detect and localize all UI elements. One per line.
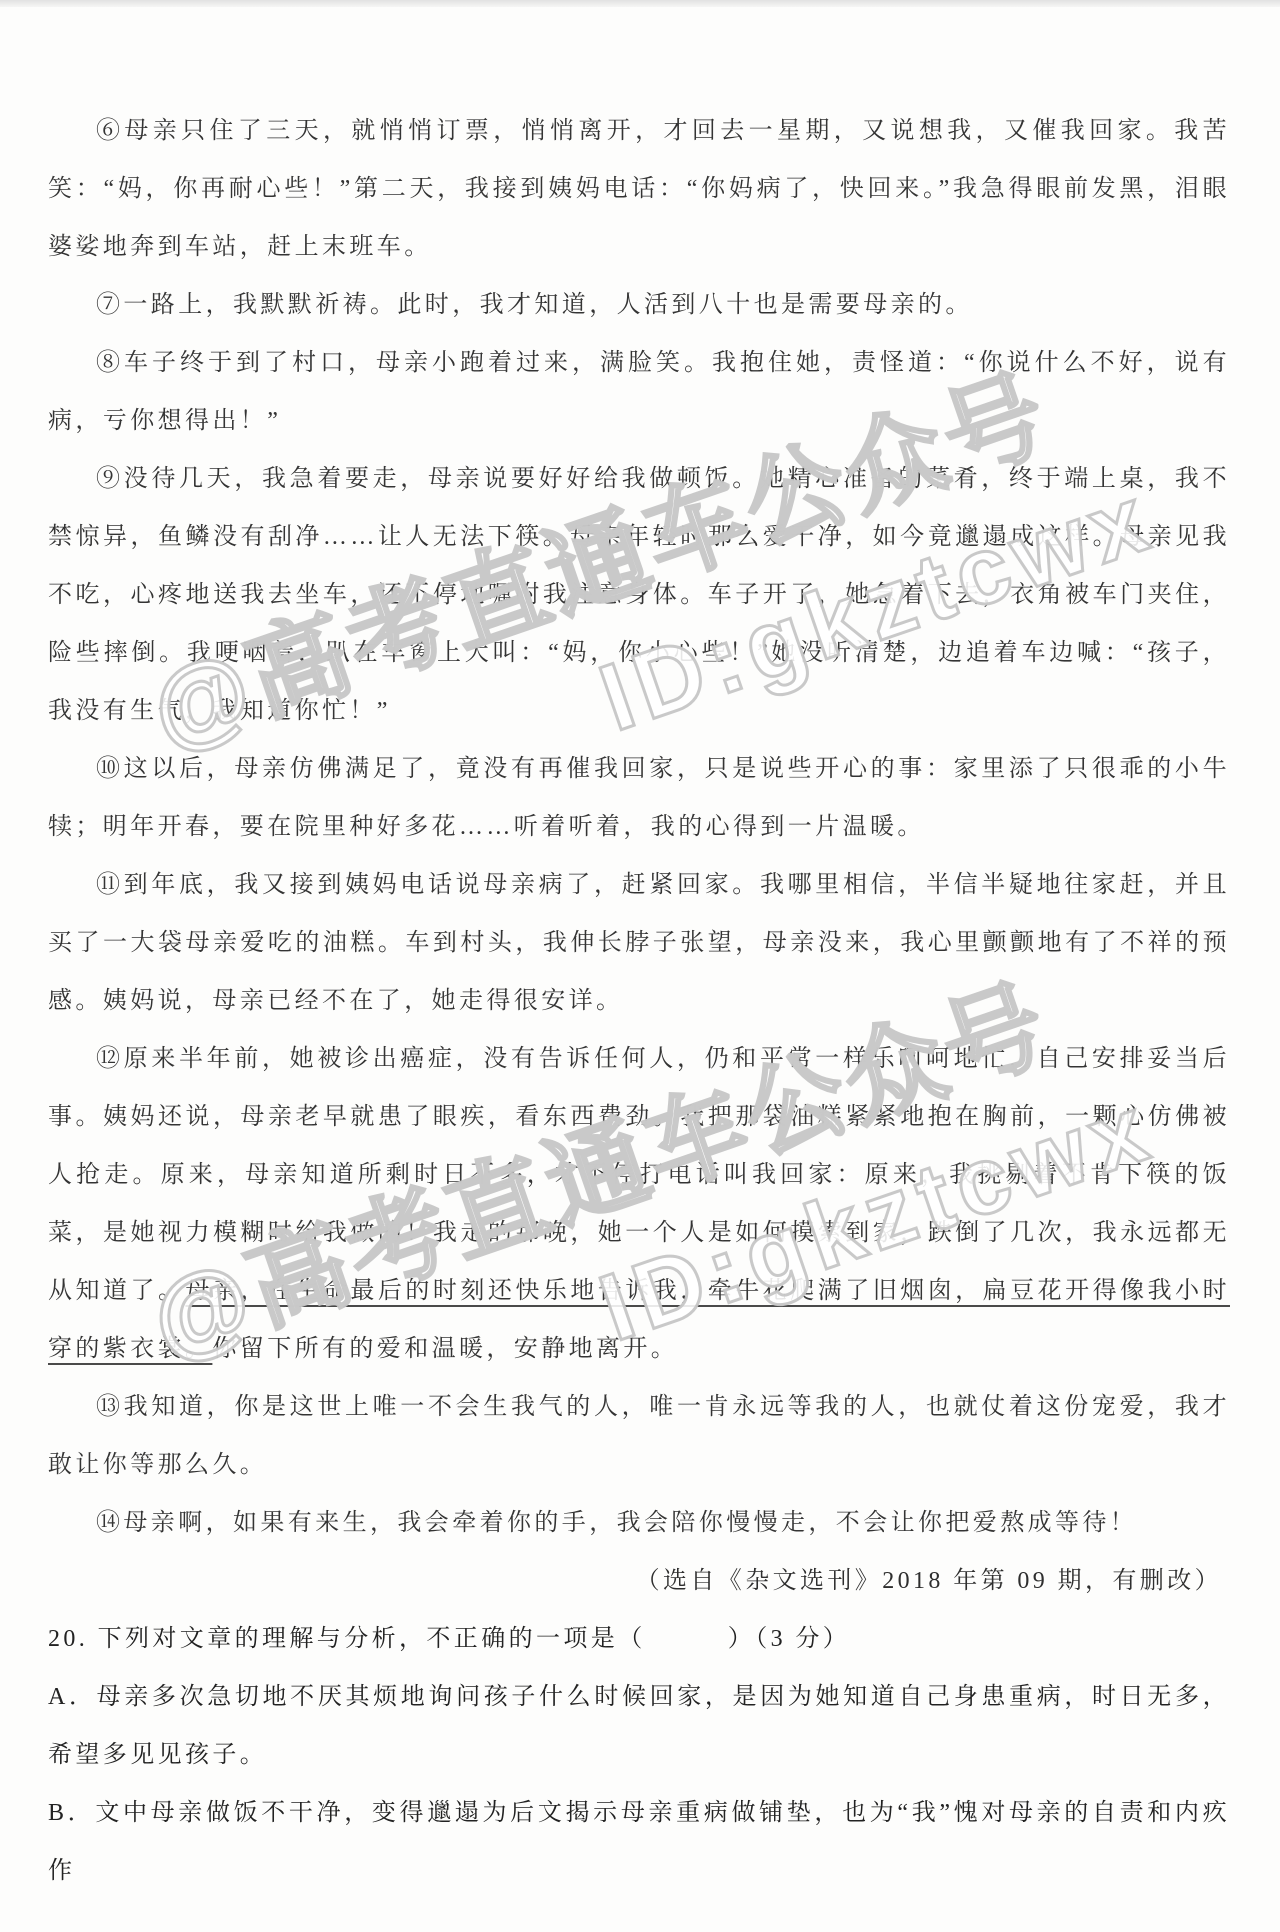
passage-paragraph-14: ⑭母亲啊，如果有来生，我会牵着你的手，我会陪你慢慢走，不会让你把爱熬成等待！ [48, 1494, 1230, 1552]
question-20-stem: 20. 下列对文章的理解与分析，不正确的一项是（ ）（3 分） [48, 1610, 1230, 1668]
paragraph-12-after-underline: 你留下所有的爱和温暖，安静地离开。 [212, 1336, 678, 1362]
passage-paragraph-7: ⑦一路上，我默默祈祷。此时，我才知道，人活到八十也是需要母亲的。 [48, 276, 1230, 334]
paragraph-12-before-underline: ⑫原来半年前，她被诊出癌症，没有告诉任何人，仍和平常一样乐呵呵地忙，自己安排妥当… [48, 1046, 1230, 1304]
passage-paragraph-9: ⑨没待几天，我急着要走，母亲说要好好给我做顿饭。她精心准备的菜肴，终于端上桌，我… [48, 450, 1230, 740]
passage-paragraph-13: ⑬我知道，你是这世上唯一不会生我气的人，唯一肯永远等我的人，也就仗着这份宠爱，我… [48, 1378, 1230, 1494]
passage-paragraph-10: ⑩这以后，母亲仿佛满足了，竟没有再催我回家，只是说些开心的事：家里添了只很乖的小… [48, 740, 1230, 856]
passage-paragraph-12: ⑫原来半年前，她被诊出癌症，没有告诉任何人，仍和平常一样乐呵呵地忙，自己安排妥当… [48, 1030, 1230, 1378]
exam-page-scan: ⑥母亲只住了三天，就悄悄订票，悄悄离开，才回去一星期，又说想我，又催我回家。我苦… [0, 0, 1280, 1932]
passage-source-citation: （选自《杂文选刊》2018 年第 09 期，有删改） [48, 1552, 1230, 1610]
passage-paragraph-11: ⑪到年底，我又接到姨妈电话说母亲病了，赶紧回家。我哪里相信，半信半疑地往家赶，并… [48, 856, 1230, 1030]
passage-paragraph-8: ⑧车子终于到了村口，母亲小跑着过来，满脸笑。我抱住她，责怪道：“你说什么不好，说… [48, 334, 1230, 450]
question-20-option-a: A．母亲多次急切地不厌其烦地询问孩子什么时候回家，是因为她知道自己身患重病，时日… [48, 1668, 1230, 1784]
reading-passage-and-question: ⑥母亲只住了三天，就悄悄订票，悄悄离开，才回去一星期，又说想我，又催我回家。我苦… [48, 102, 1230, 1900]
question-20-block: 20. 下列对文章的理解与分析，不正确的一项是（ ）（3 分） A．母亲多次急切… [48, 1610, 1230, 1900]
question-20-option-b: B．文中母亲做饭不干净，变得邋遢为后文揭示母亲重病做铺垫，也为“我”愧对母亲的自… [48, 1784, 1230, 1900]
passage-paragraph-6: ⑥母亲只住了三天，就悄悄订票，悄悄离开，才回去一星期，又说想我，又催我回家。我苦… [48, 102, 1230, 276]
